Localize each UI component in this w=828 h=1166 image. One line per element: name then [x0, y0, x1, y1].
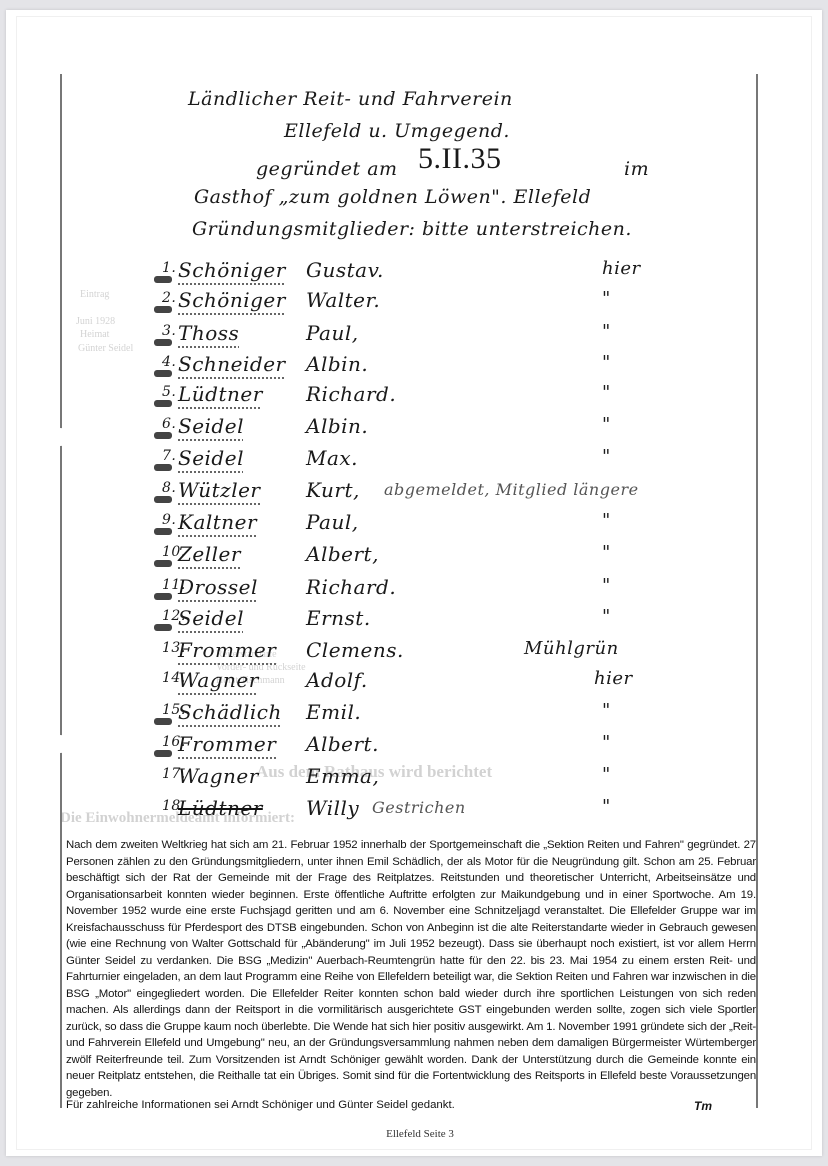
member-firstname: Emil.	[306, 700, 361, 724]
member-firstname: Walter.	[306, 288, 380, 312]
member-number: 1.	[162, 260, 176, 276]
member-number: 8.	[162, 480, 176, 496]
member-row-struck: 18. Lüdtner Willy Gestrichen "	[154, 796, 674, 822]
member-firstname: Richard.	[306, 575, 396, 599]
handwritten-founding-prefix: gegründet am	[256, 158, 398, 180]
member-place: "	[602, 288, 611, 309]
member-row: 15. Schädlich Emil. "	[154, 700, 674, 726]
member-row: 4. Schneider Albin. "	[154, 352, 674, 378]
member-place: "	[602, 446, 611, 467]
stamp-mark	[154, 528, 172, 535]
member-number: 2.	[162, 290, 176, 306]
punch-hole	[51, 428, 69, 446]
member-firstname: Clemens.	[306, 638, 404, 662]
member-firstname: Paul,	[306, 321, 359, 345]
member-row: 3. Thoss Paul, "	[154, 321, 674, 347]
member-number: 4.	[162, 354, 176, 370]
member-surname: Wützler	[178, 478, 261, 502]
member-surname: Wagner	[178, 668, 259, 692]
stamp-mark	[154, 750, 172, 757]
stamp-mark	[154, 306, 172, 313]
member-row: 5. Lüdtner Richard. "	[154, 382, 674, 408]
member-place: "	[602, 732, 611, 753]
member-place: hier	[594, 668, 633, 689]
member-surname: Seidel	[178, 606, 244, 630]
member-place: "	[602, 796, 611, 817]
bleed-through-fragment: Günter Seidel	[78, 342, 133, 355]
member-number: 9.	[162, 512, 176, 528]
member-firstname: Richard.	[306, 382, 396, 406]
member-note: Gestrichen	[372, 798, 466, 817]
member-row: 16. Frommer Albert. "	[154, 732, 674, 758]
member-place: Mühlgrün	[524, 638, 619, 659]
stamp-mark	[154, 718, 172, 725]
member-firstname: Emma,	[306, 764, 379, 788]
acknowledgement-line: Für zahlreiche Informationen sei Arndt S…	[66, 1099, 756, 1111]
member-surname: Drossel	[178, 575, 258, 599]
member-firstname: Albin.	[306, 352, 368, 376]
bleed-through-fragment: Juni 1928	[76, 315, 115, 328]
member-surname: Zeller	[178, 542, 241, 566]
left-column-rule	[60, 74, 62, 1108]
stamp-mark	[154, 370, 172, 377]
member-firstname: Kurt,	[306, 478, 360, 502]
article-paragraph: Nach dem zweiten Weltkrieg hat sich am 2…	[66, 837, 756, 1101]
member-place: "	[602, 321, 611, 342]
member-row: 8. Wützler Kurt, abgemeldet, Mitglied lä…	[154, 478, 674, 504]
stamp-mark	[154, 560, 172, 567]
handwritten-venue-line: Gasthof „zum goldnen Löwen". Ellefeld	[194, 186, 591, 208]
member-firstname: Ernst.	[306, 606, 371, 630]
stamp-mark	[154, 400, 172, 407]
handwritten-title-line1: Ländlicher Reit- und Fahrverein	[188, 88, 513, 110]
member-row: 11. Drossel Richard. "	[154, 575, 674, 601]
member-firstname: Gustav.	[306, 258, 384, 282]
member-surname: Lüdtner	[178, 382, 263, 406]
member-surname: Wagner	[178, 764, 259, 788]
member-place: "	[602, 542, 611, 563]
member-number: 7.	[162, 448, 176, 464]
member-firstname: Willy	[306, 796, 359, 820]
member-row: 9. Kaltner Paul, "	[154, 510, 674, 536]
member-place: "	[602, 352, 611, 373]
member-row: 17. Wagner Emma, "	[154, 764, 674, 790]
stamp-mark	[154, 464, 172, 471]
member-surname: Seidel	[178, 446, 244, 470]
member-number: 3.	[162, 323, 176, 339]
member-row: 2. Schöniger Walter. "	[154, 288, 674, 314]
member-row: 13. Frommer Clemens. Mühlgrün	[154, 638, 674, 664]
page-footer: Ellefeld Seite 3	[6, 1128, 828, 1140]
stamp-mark	[154, 496, 172, 503]
member-firstname: Albert.	[306, 732, 379, 756]
member-row: 12. Seidel Ernst. "	[154, 606, 674, 632]
handwritten-founding-date: 5.II.35	[418, 142, 501, 176]
handwritten-title-line2: Ellefeld u. Umgegend.	[284, 120, 510, 142]
stamp-mark	[154, 432, 172, 439]
member-firstname: Paul,	[306, 510, 359, 534]
member-surname: Schöniger	[178, 288, 286, 312]
member-firstname: Albin.	[306, 414, 368, 438]
member-firstname: Albert,	[306, 542, 379, 566]
member-place: "	[602, 606, 611, 627]
member-surname: Schädlich	[178, 700, 282, 724]
member-place: "	[602, 382, 611, 403]
member-row: 6. Seidel Albin. "	[154, 414, 674, 440]
member-row: 1. Schöniger Gustav. hier	[154, 258, 674, 284]
member-place: "	[602, 700, 611, 721]
member-surname: Frommer	[178, 638, 276, 662]
member-place: hier	[602, 258, 641, 279]
member-row: 7. Seidel Max. "	[154, 446, 674, 472]
member-surname: Kaltner	[178, 510, 257, 534]
right-column-rule	[756, 74, 758, 1108]
stamp-mark	[154, 624, 172, 631]
member-place: "	[602, 575, 611, 596]
member-number: 6.	[162, 416, 176, 432]
member-row: 10. Zeller Albert, "	[154, 542, 674, 568]
bleed-through-fragment: Eintrag	[80, 288, 109, 301]
member-firstname: Adolf.	[306, 668, 368, 692]
member-number: 5.	[162, 384, 176, 400]
member-surname: Thoss	[178, 321, 239, 345]
member-surname: Schneider	[178, 352, 286, 376]
member-note: abgemeldet, Mitglied längere	[384, 480, 639, 499]
document-page: Eintrag Juni 1928 Heimat Günter Seidel R…	[6, 10, 822, 1156]
punch-hole	[51, 735, 69, 753]
member-place: "	[602, 414, 611, 435]
member-surname: Lüdtner	[178, 796, 263, 820]
bleed-through-fragment: Heimat	[80, 328, 109, 341]
member-place: "	[602, 764, 611, 785]
handwritten-members-heading: Gründungsmitglieder: bitte unterstreiche…	[192, 218, 632, 240]
member-firstname: Max.	[306, 446, 358, 470]
stamp-mark	[154, 276, 172, 283]
handwritten-founding-suffix: im	[624, 158, 649, 180]
member-surname: Schöniger	[178, 258, 286, 282]
member-surname: Frommer	[178, 732, 276, 756]
stamp-mark	[154, 339, 172, 346]
author-initials: Tm	[694, 1099, 712, 1113]
article-body: Nach dem zweiten Weltkrieg hat sich am 2…	[66, 837, 756, 1101]
stamp-mark	[154, 593, 172, 600]
member-place: "	[602, 510, 611, 531]
member-surname: Seidel	[178, 414, 244, 438]
member-row: 14. Wagner Adolf. hier	[154, 668, 674, 694]
